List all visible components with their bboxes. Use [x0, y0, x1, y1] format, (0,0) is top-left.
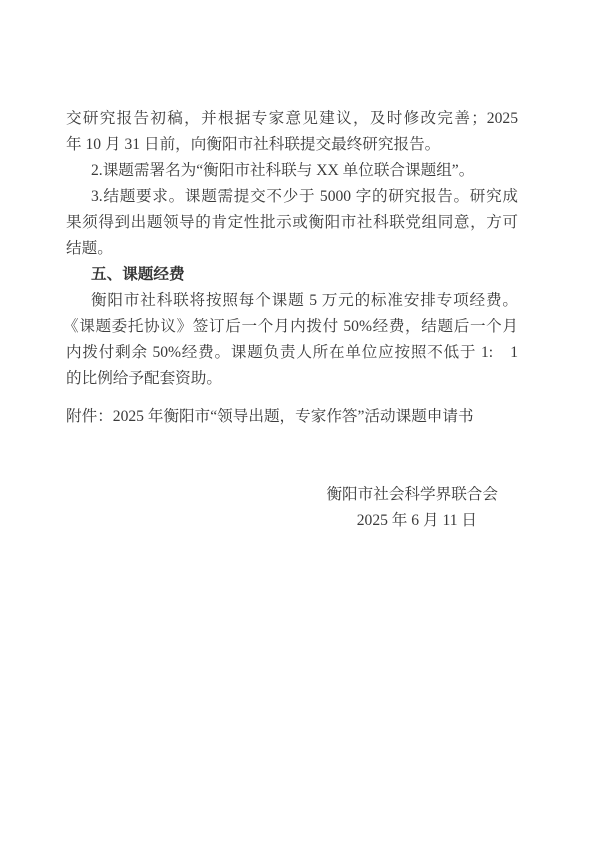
spacer: [66, 430, 518, 482]
body-line-item-2: 2.课题需署名为“衡阳市社科联与 XX 单位联合课题组”。: [66, 158, 518, 184]
section-heading-funding: 五、课题经费: [66, 262, 518, 288]
document-text-column: 交研究报告初稿，并根据专家意见建议，及时修改完善；2025 年 10 月 31 …: [66, 106, 518, 534]
document-page: 交研究报告初稿，并根据专家意见建议，及时修改完善；2025 年 10 月 31 …: [0, 0, 600, 848]
funding-line: 《课题委托协议》签订后一个月内拨付 50%经费，结题后一个月: [63, 314, 518, 340]
funding-line: 内拨付剩余 50%经费。课题负责人所在单位应按照不低于 1: 1: [66, 340, 518, 366]
funding-line: 衡阳市社科联将按照每个课题 5 万元的标准安排专项经费。: [66, 288, 518, 314]
body-line: 果须得到出题领导的肯定性批示或衡阳市社科联党组同意，方可: [66, 210, 518, 236]
signature-organization: 衡阳市社会科学界联合会: [66, 482, 518, 508]
body-line: 结题。: [66, 236, 518, 262]
signature-date: 2025 年 6 月 11 日: [66, 508, 518, 534]
funding-line: 的比例给予配套资助。: [66, 366, 518, 392]
attachment-line: 附件：2025 年衡阳市“领导出题，专家作答”活动课题申请书: [66, 404, 518, 430]
body-line-item-3: 3.结题要求。课题需提交不少于 5000 字的研究报告。研究成: [66, 184, 518, 210]
body-line: 年 10 月 31 日前，向衡阳市社科联提交最终研究报告。: [66, 132, 518, 158]
spacer: [66, 392, 518, 404]
body-line: 交研究报告初稿，并根据专家意见建议，及时修改完善；2025: [66, 106, 518, 132]
